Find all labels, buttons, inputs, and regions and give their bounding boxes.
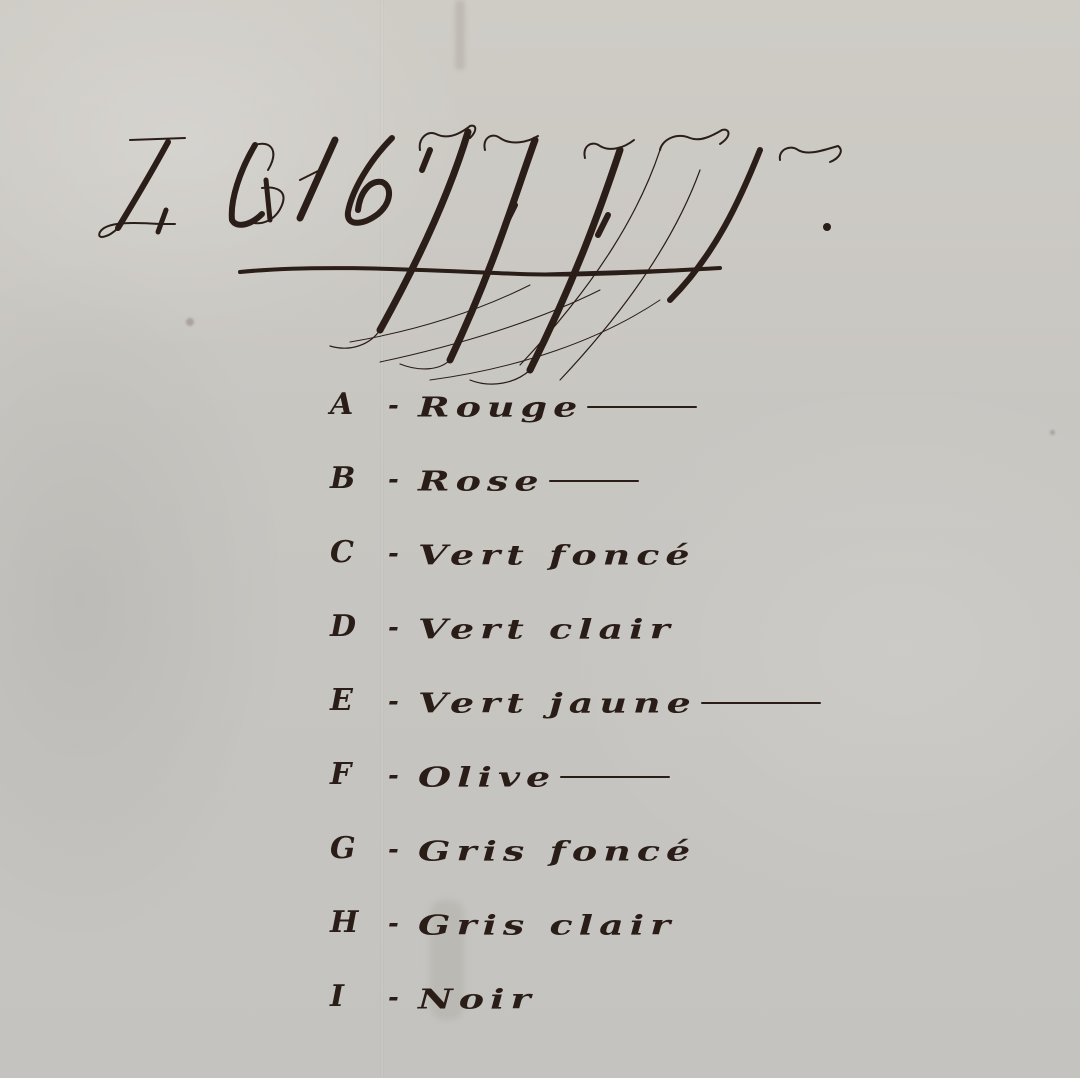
entry-letter: G [330,831,388,866]
legend-entry: I - Noir [330,970,930,1044]
entry-label: Olive [418,761,556,793]
entry-letter: A [330,387,388,422]
color-legend-list: A - Rouge B - Rose C - Vert foncé D - Ve… [330,378,930,1044]
legend-entry: A - Rouge [330,378,930,452]
ink-spot [1050,430,1055,435]
entry-separator: - [388,909,418,939]
entry-separator: - [388,983,418,1013]
entry-underline [587,406,697,408]
entry-underline [549,480,639,482]
entry-separator: - [388,835,418,865]
entry-label: Gris foncé [418,835,696,867]
entry-letter: B [330,461,388,496]
entry-label: Vert jaune [418,687,697,719]
entry-label: Rouge [418,391,583,423]
entry-label: Noir [418,983,537,1015]
entry-label: Gris clair [418,909,676,941]
entry-separator: - [388,687,418,717]
entry-separator: - [388,613,418,643]
entry-letter: D [330,609,388,644]
legend-entry: C - Vert foncé [330,526,930,600]
entry-letter: I [330,979,388,1014]
legend-entry: F - Olive [330,748,930,822]
document-heading: LG 16777. [100,120,697,232]
legend-entry: G - Gris foncé [330,822,930,896]
entry-separator: - [388,465,418,495]
entry-letter: H [330,905,388,940]
entry-label: Vert clair [418,613,676,645]
entry-letter: E [330,683,388,718]
entry-label: Rose [418,465,545,497]
entry-letter: F [330,757,388,792]
entry-label: Vert foncé [418,539,696,571]
entry-separator: - [388,391,418,421]
entry-separator: - [388,539,418,569]
entry-underline [560,776,670,778]
legend-entry: E - Vert jaune [330,674,930,748]
entry-separator: - [388,761,418,791]
legend-entry: H - Gris clair [330,896,930,970]
entry-letter: C [330,535,388,570]
legend-entry: D - Vert clair [330,600,930,674]
legend-entry: B - Rose [330,452,930,526]
entry-underline [701,702,821,704]
